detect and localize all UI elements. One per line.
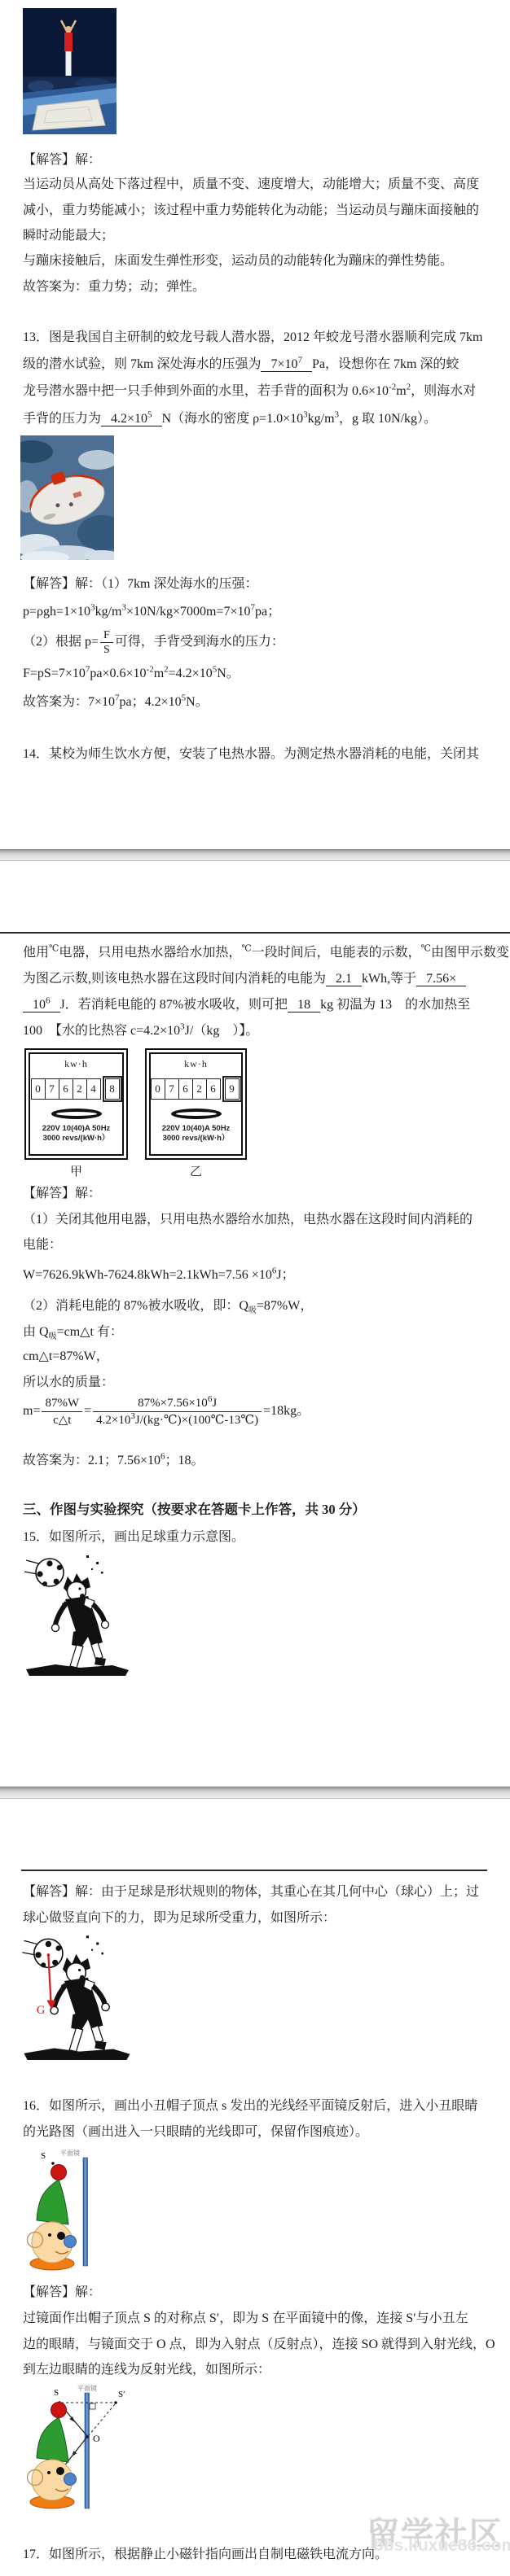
point-s-prime-label: S′ xyxy=(118,2390,125,2399)
meter-lens xyxy=(171,1109,222,1119)
left-arm xyxy=(55,1984,66,2007)
page-break-band-1 xyxy=(0,849,510,861)
q13-line4: 手背的压力为4.2×105N（海水的密度 ρ=1.0×103kg/m3，g 取 … xyxy=(23,410,437,428)
soccer-gravity-answer-illustration: G xyxy=(20,1931,134,2061)
ans15-line2: 球心做竖直向下的力，即为足球所受重力，如图所示： xyxy=(23,1909,336,1927)
clown-mirror-question-illustration: 平面镜 S xyxy=(23,2147,96,2271)
q13-line2: 级的潜水试验，则 7km 深处海水的压强为7×107Pa，设想你在 7km 深的… xyxy=(23,356,459,374)
meter-spec: 220V 10(40)A 50Hz 3000 revs/(kW·h） xyxy=(162,1124,231,1144)
right-hand xyxy=(102,1621,109,1629)
ans14-line6: cm△t=87%W， xyxy=(23,1348,109,1366)
clown-mirror-answer-illustration: 平面镜 S S′ O xyxy=(23,2383,137,2513)
eye xyxy=(78,1587,81,1590)
plane-mirror xyxy=(83,2158,88,2266)
left-eye xyxy=(48,2233,51,2237)
ans14-answer: 故答案为：2.1；7.56×106；18。 xyxy=(23,1452,204,1470)
digit: 6 xyxy=(59,1078,73,1100)
ans13-heading: 【解答】解：（1）7km 深处海水的压强： xyxy=(23,575,257,593)
section3-heading: 三、作图与实验探究（按要求在答题卡上作答，共 30 分） xyxy=(23,1501,366,1519)
page3-top-rule xyxy=(21,1870,487,1871)
q16-line2: 的光路图（画出进入一只眼睛的光线即可，保留作图痕迹）。 xyxy=(23,2123,368,2141)
right-eye xyxy=(57,2232,65,2240)
left-eye xyxy=(47,2471,51,2474)
digit: 6 xyxy=(178,1078,193,1100)
digit: 7 xyxy=(45,1078,59,1100)
gravity-label: G xyxy=(37,2004,45,2017)
perpendicular-mark xyxy=(90,2403,95,2409)
ans16-line1: 过镜面作出帽子顶点 S 的对称点 S′，即为 S 在平面镜中的像，连接 S′与小… xyxy=(23,2310,468,2328)
ans12-line4: 与蹦床接触后，床面发生弹性形变，运动员的动能转化为蹦床的弹性势能。 xyxy=(23,252,453,270)
digit: 2 xyxy=(192,1078,207,1100)
hat-pompom xyxy=(51,2165,67,2180)
ans12-line1: 当运动员从高处下落过程中，质量不变、速度增大，动能增大；质量不变、高度 xyxy=(23,176,479,194)
trampoline-diver-photo xyxy=(23,8,117,134)
blue-nose xyxy=(64,2236,77,2248)
meter-lens xyxy=(51,1109,102,1119)
p2-line3: 106J．若消耗电能的 87%被水吸收，则可把18kg 初温为 13 的水加热至 xyxy=(23,996,470,1014)
q13-line1: 13．图是我国自主研制的蛟龙号载人潜水器，2012 年蛟龙号潜水器顺利完成 7k… xyxy=(23,329,482,347)
meter-jia-digits: 0 7 6 2 4 8 xyxy=(31,1076,122,1102)
digit: 4 xyxy=(86,1078,101,1100)
ans16-line2: 边的眼睛，与镜面交于 O 点，即为入射点（反射点），连接 SO 就得到入射光线，… xyxy=(23,2336,495,2354)
digit: 0 xyxy=(31,1078,46,1100)
fraction-87W-over-cdt: 87%Wc△t xyxy=(42,1395,82,1428)
meter-spec: 220V 10(40)A 50Hz 3000 revs/(kW·h） xyxy=(42,1124,111,1144)
clown-hat xyxy=(37,2417,68,2462)
digit: 8 xyxy=(105,1078,120,1100)
fraction-heat-over-cdeltat: 87%×7.56×106J4.2×103J/(kg·℃)×(100℃-13℃) xyxy=(93,1395,262,1428)
ans13-force-intro: （2）根据 p=FS可得，手背受到海水的压力： xyxy=(23,628,284,657)
ans13-force-formula: F=pS=7×107pa×0.6×10-2m2=4.2×105N。 xyxy=(23,665,240,683)
meter-unit-label: kw·h xyxy=(184,1058,208,1070)
left-arm xyxy=(55,1603,67,1625)
ans14-mass-formula: m=87%Wc△t=87%×7.56×106J4.2×103J/(kg·℃)×(… xyxy=(23,1395,310,1428)
back-shoe xyxy=(95,2040,106,2049)
ans13-pressure-formula: p=ρgh=1×103kg/m3×10N/kg×7000m=7×107pa； xyxy=(23,603,280,621)
digit: 9 xyxy=(225,1078,240,1100)
ans13-answer: 故答案为：7×107pa；4.2×105N。 xyxy=(23,693,209,711)
jiaolong-submarine-photo xyxy=(20,435,114,560)
ans12-answer: 故答案为：重力势；动；弹性。 xyxy=(23,278,205,296)
meter-unit-label: kw·h xyxy=(64,1058,88,1070)
tenths-digit-frame: 8 xyxy=(103,1076,122,1102)
ans13-force-intro-b: 可得，手背受到海水的压力： xyxy=(115,635,284,649)
ans16-heading: 【解答】解： xyxy=(23,2284,101,2302)
ans13-force-intro-a: （2）根据 p= xyxy=(23,635,99,649)
blue-nose xyxy=(64,2473,77,2486)
point-s-dot xyxy=(51,2162,55,2165)
point-s-prime-dot xyxy=(114,2401,117,2404)
q16-line1: 16．如图所示，画出小丑帽子顶点 s 发出的光线经平面镜反射后，进入小丑眼睛 xyxy=(23,2097,477,2115)
digit: 6 xyxy=(206,1078,221,1100)
exam-answer-document: 【解答】解： 当运动员从高处下落过程中，质量不变、速度增大，动能增大；质量不变、… xyxy=(0,0,510,2576)
p2-line1: 他用℃电器，只用电热水器给水加热，℃一段时间后，电能表的示数，℃由图甲示数变 xyxy=(23,944,509,962)
soccer-header-illustration xyxy=(23,1550,133,1677)
digit: 7 xyxy=(165,1078,179,1100)
electric-meter-yi: kw·h 0 7 6 2 6 9 220V 10(40)A 50Hz 3000 … xyxy=(145,1048,247,1160)
meter-jia-caption: 甲 xyxy=(70,1162,82,1179)
ans12-heading: 【解答】解： xyxy=(23,151,101,169)
ans14-line1: （1）关闭其他用电器，只用电热水器给水加热，电热水器在这段时间内消耗的 xyxy=(23,1211,473,1229)
meter-yi-digits: 0 7 6 2 6 9 xyxy=(151,1076,242,1102)
plane-mirror-label: 平面镜 xyxy=(77,2384,97,2392)
fraction-F-over-S: FS xyxy=(100,628,113,657)
page-break-band-2 xyxy=(0,1787,510,1799)
p2-line4: 100 【水的比热容 c=4.2×103J/（kg ）】。 xyxy=(23,1022,258,1040)
front-leg xyxy=(69,2028,83,2052)
incident-ray-arrowhead xyxy=(69,2416,75,2422)
ans12-line2: 减小，重力势能减小；该过程中重力势能转化为动能；当运动员与蹦床面接触的 xyxy=(23,202,479,220)
ans16-line3: 到左边眼睛的连线为反射光线，如图所示： xyxy=(23,2361,270,2379)
q14-line1: 14．某校为师生饮水方便，安装了电热水器。为测定热水器消耗的电能，关闭其 xyxy=(23,746,479,763)
plane-mirror-label: 平面镜 xyxy=(60,2149,80,2157)
plane-mirror xyxy=(85,2393,90,2508)
p2-line2: 为图乙示数,则该电热水器在这段时间内消耗的电能为2.1kWh,等于7.56× xyxy=(23,970,466,988)
ans12-line3: 瞬时动能最大； xyxy=(23,227,114,245)
front-leg xyxy=(70,1645,83,1668)
ans15-line1: 【解答】解：由于足球是形状规则的物体，其重心在其几何中心（球心）上；过 xyxy=(23,1883,479,1901)
point-s-label: S xyxy=(41,2151,46,2161)
point-s-label: S xyxy=(54,2388,59,2398)
q15-line1: 15．如图所示，画出足球重力示意图。 xyxy=(23,1529,244,1546)
hat-pompom xyxy=(51,2403,67,2418)
digit: 2 xyxy=(73,1078,87,1100)
clown-hat xyxy=(37,2180,68,2224)
q17-line1: 17．如图所示，根据静止小磁针指向画出自制电磁铁电流方向。 xyxy=(23,2546,388,2564)
page2-top-rule xyxy=(0,932,510,934)
right-eye xyxy=(56,2467,64,2475)
watermark-site-url: bbs.liuxue86.com xyxy=(373,2536,510,2556)
digit: 0 xyxy=(151,1078,165,1100)
ans14-line4: （2）消耗电能的 87%被水吸收，即：Q吸=87%W， xyxy=(23,1297,313,1315)
point-o-label: O xyxy=(93,2433,100,2444)
ans14-line7: 所以水的质量： xyxy=(23,1374,114,1392)
eye xyxy=(78,1969,81,1971)
tenths-digit-frame: 9 xyxy=(222,1076,242,1102)
ans14-line2: 电能： xyxy=(23,1236,62,1254)
ans14-line5: 由 Q吸=cm△t 有： xyxy=(23,1323,123,1341)
q13-line3: 龙号潜水器中把一只手伸到外面的水里，若手背的面积为 0.6×10-2m2，则海水… xyxy=(23,383,476,400)
meter-yi-caption: 乙 xyxy=(190,1162,202,1179)
ans14-heading: 【解答】解： xyxy=(23,1185,101,1203)
electric-meter-jia: kw·h 0 7 6 2 4 8 220V 10(40)A 50Hz 3000 … xyxy=(24,1048,128,1160)
left-hand xyxy=(52,1625,59,1632)
ans14-energy-formula: W=7626.9kWh-7624.8kWh=2.1kWh=7.56 ×106J； xyxy=(23,1266,295,1284)
back-shoe xyxy=(95,1657,106,1666)
right-hand xyxy=(102,2003,109,2010)
